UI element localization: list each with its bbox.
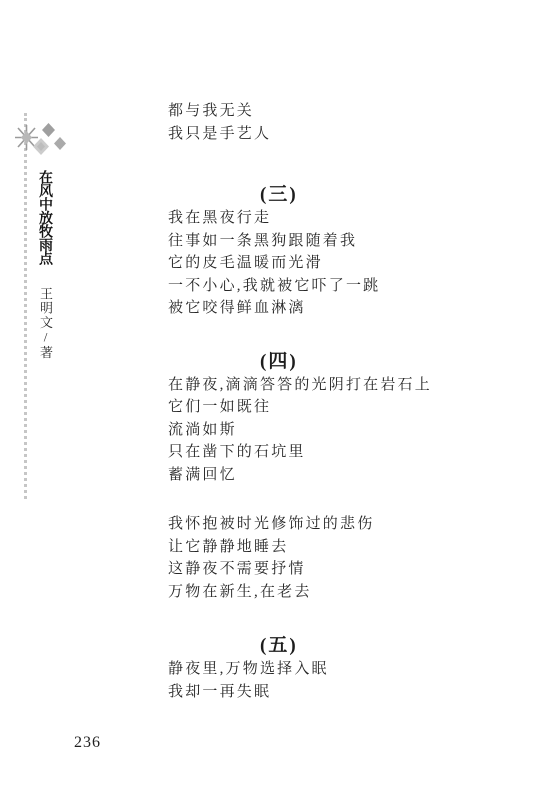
poem-line: 被它咬得鲜血淋漓	[168, 297, 498, 320]
book-page: 在风中放牧雨点 王明文/著 都与我无关 我只是手艺人 (三) 我在黑夜行走 往事…	[0, 0, 548, 812]
book-title: 在风中放牧雨点	[36, 170, 56, 265]
diamond-ornament-icon	[33, 138, 49, 155]
poem-line: 我在黑夜行走	[168, 207, 498, 230]
poem-body: 都与我无关 我只是手艺人 (三) 我在黑夜行走 往事如一条黑狗跟随着我 它的皮毛…	[168, 100, 498, 703]
poem-line: 我却一再失眠	[168, 681, 498, 704]
poem-line: 它的皮毛温暖而光滑	[168, 252, 498, 275]
ornament-chain-line	[24, 113, 27, 499]
poem-line: 蓄满回忆	[168, 464, 498, 487]
poem-line: 这静夜不需要抒情	[168, 558, 498, 581]
page-number: 236	[74, 734, 101, 752]
section-heading-three: (三)	[168, 183, 498, 207]
poem-line: 一不小心,我就被它吓了一跳	[168, 275, 498, 298]
poem-line: 我只是手艺人	[168, 123, 498, 146]
poem-line: 流淌如斯	[168, 419, 498, 442]
section-heading-four: (四)	[168, 350, 498, 374]
poem-line: 静夜里,万物选择入眠	[168, 658, 498, 681]
poem-line: 在静夜,滴滴答答的光阴打在岩石上	[168, 374, 498, 397]
section-heading-five: (五)	[168, 634, 498, 658]
book-author: 王明文/著	[36, 287, 55, 360]
poem-line: 它们一如既往	[168, 396, 498, 419]
poem-line: 只在凿下的石坑里	[168, 441, 498, 464]
poem-line: 我怀抱被时光修饰过的悲伤	[168, 513, 498, 536]
poem-line: 万物在新生,在老去	[168, 581, 498, 604]
diamond-ornament-icon	[54, 137, 66, 150]
poem-line: 往事如一条黑狗跟随着我	[168, 230, 498, 253]
poem-line: 都与我无关	[168, 100, 498, 123]
diamond-ornament-icon	[42, 123, 55, 137]
poem-line: 让它静静地睡去	[168, 536, 498, 559]
